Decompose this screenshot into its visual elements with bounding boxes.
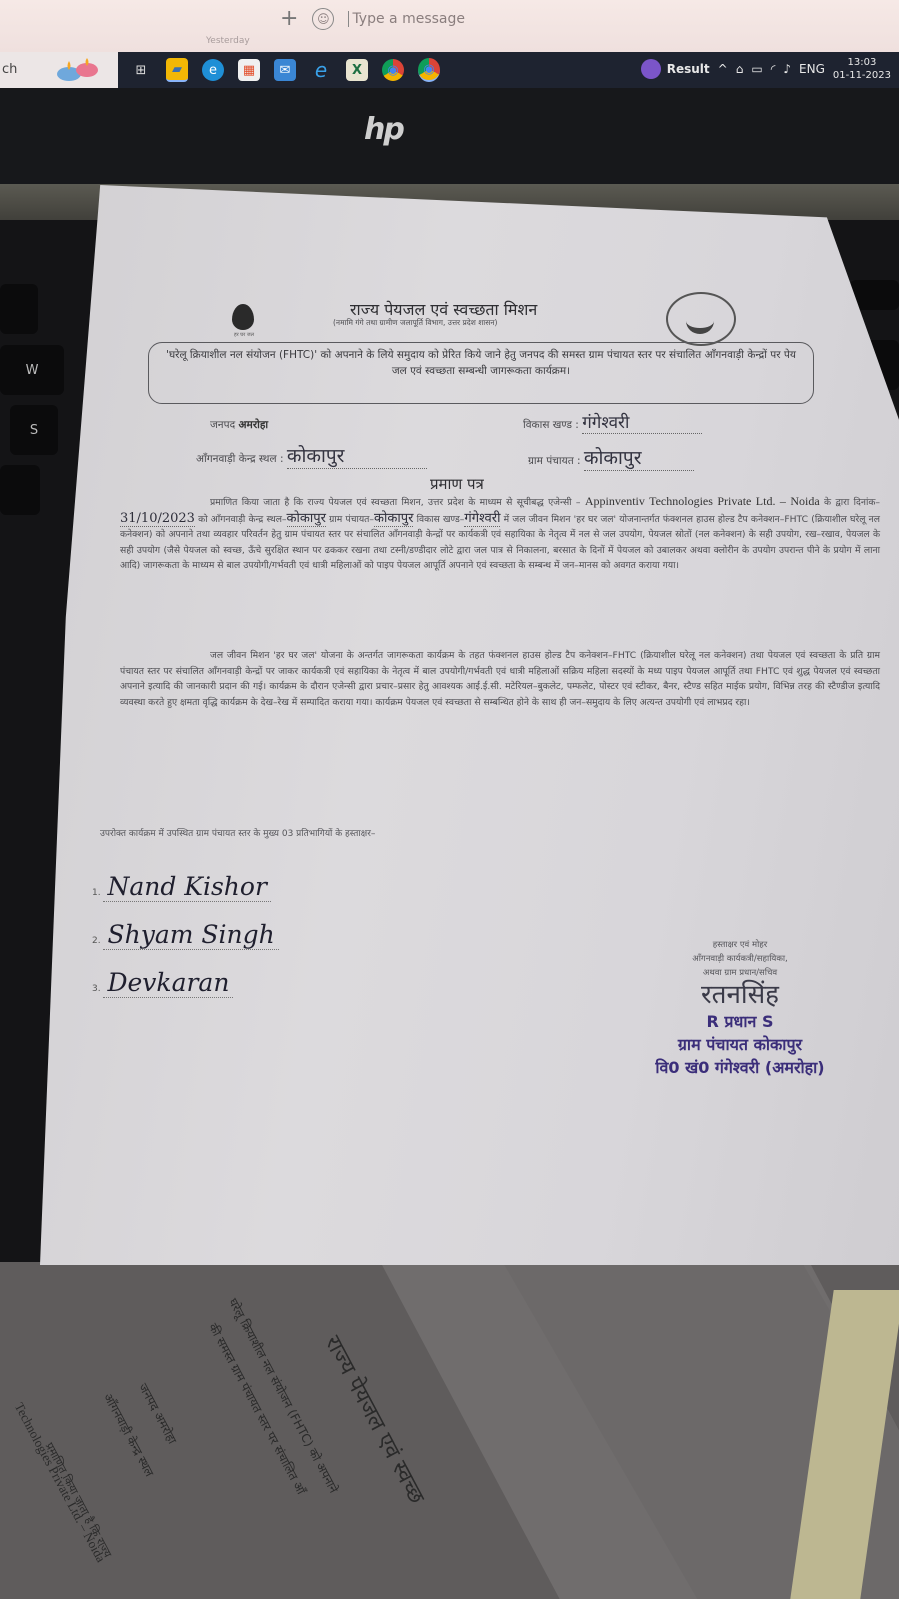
- message-composer[interactable]: + ☺ Type a message: [280, 6, 465, 31]
- mission-title: राज्य पेयजल एवं स्वच्छता मिशन: [350, 298, 537, 320]
- signature-3: Devkaran: [103, 968, 233, 998]
- signatory-3: 3. Devkaran: [92, 968, 233, 997]
- system-tray: Result ^ ⌂ ▭ ◜ ♪ ENG 13:0301-11-2023: [641, 56, 891, 82]
- program-banner: 'घरेलू क्रियाशील नल संयोजन (FHTC)' को अप…: [148, 342, 814, 404]
- anganwadi-value: कोकापुर: [287, 442, 427, 469]
- signature-2: Shyam Singh: [103, 920, 278, 950]
- wifi-icon[interactable]: ◜: [771, 62, 776, 76]
- hp-logo: hp: [364, 112, 403, 147]
- program-date: 31/10/2023: [120, 511, 195, 528]
- signatory-1: 1. Nand Kishor: [92, 872, 271, 901]
- agency-name: Appinventiv Technologies Private Ltd. – …: [585, 494, 820, 508]
- task-view-icon[interactable]: ⊞: [130, 59, 152, 81]
- volume-icon[interactable]: ♪: [783, 62, 791, 76]
- mission-subtitle: (नमामि गंगे तथा ग्रामीण जलापूर्ति विभाग,…: [333, 318, 497, 328]
- jal-jeevan-mission-logo-icon: [232, 304, 254, 330]
- emoji-icon[interactable]: ☺: [312, 8, 334, 30]
- key: [0, 284, 38, 334]
- result-icon: [641, 59, 661, 79]
- up-govt-emblem-icon: [666, 292, 736, 346]
- diya-icon: [55, 58, 105, 82]
- key-s: S: [10, 405, 58, 455]
- result-notification[interactable]: Result: [641, 59, 710, 79]
- file-explorer-icon[interactable]: ▰: [166, 58, 188, 82]
- network-icon[interactable]: ⌂: [736, 62, 744, 76]
- chrome-active-icon[interactable]: ◉: [418, 58, 440, 82]
- center-value: कोकापुर: [287, 511, 326, 528]
- battery-icon[interactable]: ▭: [751, 62, 762, 76]
- gram-panchayat-value: कोकापुर: [584, 444, 694, 471]
- internet-explorer-icon[interactable]: e: [310, 59, 332, 81]
- taskbar-apps: ⊞ ▰ e ▦ ✉ e X ◉ ◉: [130, 58, 440, 82]
- pradhan-signature: रतनसिंह: [610, 980, 870, 1010]
- clock[interactable]: 13:0301-11-2023: [833, 56, 891, 82]
- language-indicator[interactable]: ENG: [799, 62, 825, 76]
- vikas-khand-field: विकास खण्ड : गंगेश्वरी: [523, 410, 702, 434]
- key: [0, 465, 40, 515]
- stamp-line-1: R प्रधान S: [610, 1010, 870, 1033]
- mail-icon[interactable]: ✉: [274, 59, 296, 81]
- date-divider: Yesterday: [206, 36, 250, 46]
- add-attachment-icon[interactable]: +: [280, 6, 298, 31]
- stamp-line-2: ग्राम पंचायत कोकापुर: [610, 1033, 870, 1056]
- chevron-up-icon[interactable]: ^: [718, 62, 728, 76]
- windows-taskbar: ch ⊞ ▰ e ▦ ✉ e X ◉ ◉ Result ^ ⌂ ▭ ◜ ♪ EN…: [0, 52, 899, 88]
- certificate-paragraph-2: जल जीवन मिशन 'हर घर जल' योजना के अन्तर्ग…: [120, 648, 880, 710]
- logo-caption: हर घर जल: [222, 332, 266, 338]
- store-icon[interactable]: ▦: [238, 59, 260, 81]
- chrome-icon[interactable]: ◉: [382, 59, 404, 81]
- document-header: हर घर जल राज्य पेयजल एवं स्वच्छता मिशन (…: [100, 290, 880, 346]
- janpad-field: जनपद अमरोहा: [210, 418, 268, 432]
- stamp-line-3: वि0 खं0 गंगेश्वरी (अमरोहा): [610, 1056, 870, 1079]
- vk-value: गंगेश्वरी: [464, 511, 500, 528]
- anganwadi-field: आँगनवाड़ी केन्द्र स्थल : कोकापुर: [196, 442, 427, 469]
- janpad-value: अमरोहा: [239, 419, 269, 431]
- edge-icon[interactable]: e: [202, 59, 224, 81]
- chat-window-bottom: + ☺ Type a message Yesterday: [0, 0, 899, 52]
- certificate-paragraph-1: प्रमाणित किया जाता है कि राज्य पेयजल एवं…: [120, 494, 880, 574]
- signature-1: Nand Kishor: [103, 872, 270, 902]
- signatory-2: 2. Shyam Singh: [92, 920, 279, 949]
- key-w: W: [0, 345, 64, 395]
- laptop-bezel: [0, 88, 899, 188]
- official-stamp: हस्ताक्षर एवं मोहर आँगनवाड़ी कार्यकत्री/…: [610, 938, 870, 1079]
- signatures-intro: उपरोक्त कार्यक्रम में उपस्थित ग्राम पंचा…: [100, 827, 570, 842]
- gp-value: कोकापुर: [374, 511, 413, 528]
- excel-icon[interactable]: X: [346, 59, 368, 81]
- certificate-title: प्रमाण पत्र: [430, 474, 484, 494]
- gram-panchayat-field: ग्राम पंचायत : कोकापुर: [528, 444, 694, 471]
- vikas-khand-value: गंगेश्वरी: [582, 410, 702, 434]
- message-input[interactable]: Type a message: [348, 11, 465, 27]
